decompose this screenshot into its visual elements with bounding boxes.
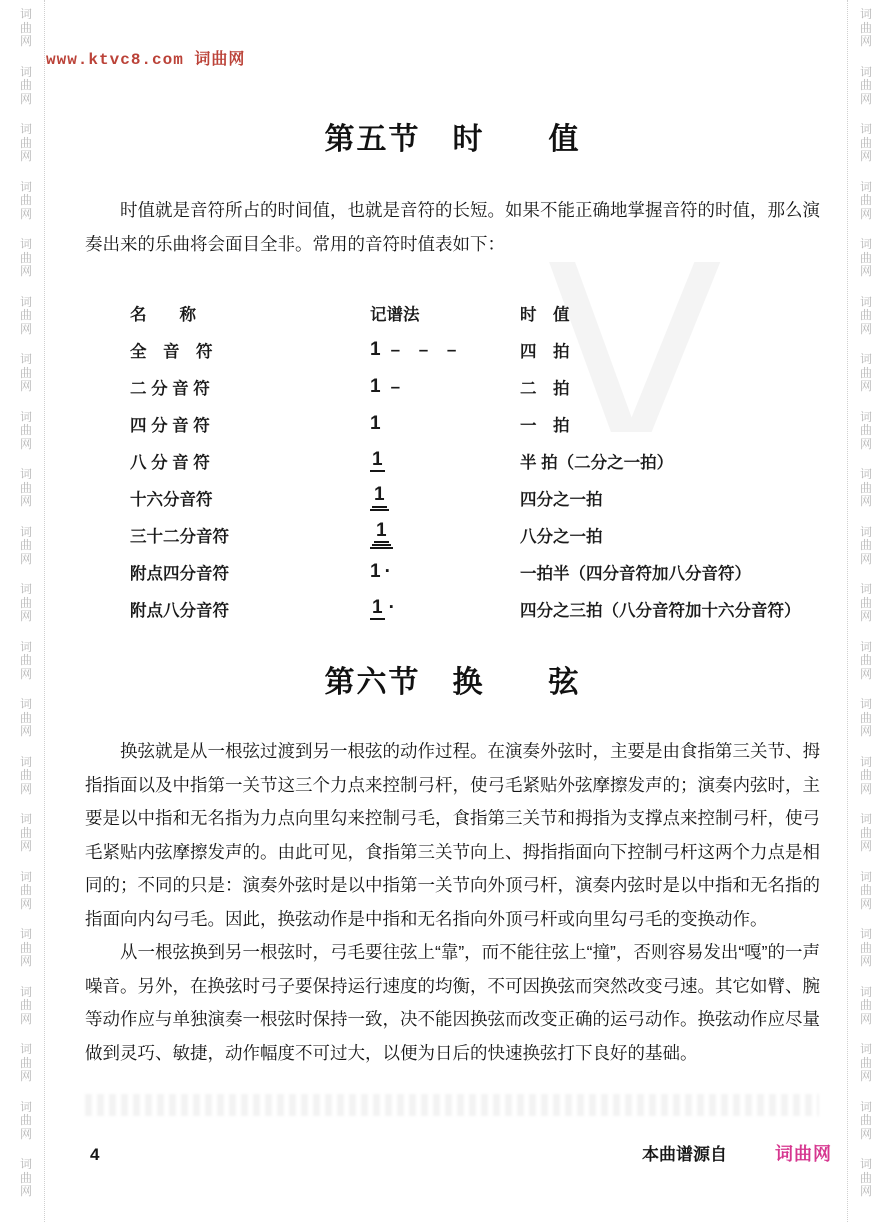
watermark-char: 曲 xyxy=(860,884,872,898)
watermark-group: 词曲网 xyxy=(20,181,32,222)
note-name: 二 分 音 符 xyxy=(130,375,370,399)
note-name: 四 分 音 符 xyxy=(130,412,370,436)
watermark-group: 词曲网 xyxy=(860,526,872,567)
watermark-char: 词 xyxy=(20,813,32,827)
watermark-char: 词 xyxy=(20,66,32,80)
watermark-char: 词 xyxy=(20,353,32,367)
left-dotted-divider xyxy=(44,0,45,1222)
watermark-char: 曲 xyxy=(860,424,872,438)
footer-credit: 本曲谱源自 词曲网 xyxy=(642,1140,832,1166)
section6-para1: 换弦就是从一根弦过渡到另一根弦的动作过程。在演奏外弦时，主要是由食指第三关节、拇… xyxy=(85,735,820,936)
duration-dashes: – – – xyxy=(391,340,464,359)
watermark-char: 曲 xyxy=(20,79,32,93)
watermark-group: 词曲网 xyxy=(860,583,872,624)
note-value: 一 拍 xyxy=(520,412,820,436)
watermark-char: 词 xyxy=(860,123,872,137)
note-notation: 1– xyxy=(370,376,520,398)
watermark-char: 曲 xyxy=(20,1172,32,1186)
left-watermark-strip: 词曲网词曲网词曲网词曲网词曲网词曲网词曲网词曲网词曲网词曲网词曲网词曲网词曲网词… xyxy=(14,8,38,1222)
watermark-char: 词 xyxy=(20,123,32,137)
watermark-group: 词曲网 xyxy=(20,411,32,452)
watermark-char: 曲 xyxy=(20,482,32,496)
watermark-group: 词曲网 xyxy=(860,871,872,912)
watermark-group: 词曲网 xyxy=(860,928,872,969)
watermark-group: 词曲网 xyxy=(20,468,32,509)
watermark-char: 曲 xyxy=(20,999,32,1013)
watermark-char: 词 xyxy=(20,181,32,195)
watermark-char: 网 xyxy=(860,1185,872,1199)
watermark-group: 词曲网 xyxy=(860,353,872,394)
watermark-char: 曲 xyxy=(20,942,32,956)
watermark-char: 词 xyxy=(20,468,32,482)
table-row: 八 分 音 符1半 拍（二分之一拍） xyxy=(85,442,820,479)
watermark-char: 词 xyxy=(860,756,872,770)
watermark-char: 词 xyxy=(860,411,872,425)
watermark-char: 曲 xyxy=(860,367,872,381)
note-value: 二 拍 xyxy=(520,375,820,399)
scanned-page: 词曲网词曲网词曲网词曲网词曲网词曲网词曲网词曲网词曲网词曲网词曲网词曲网词曲网词… xyxy=(0,0,894,1222)
watermark-char: 词 xyxy=(860,8,872,22)
note-notation: 1 xyxy=(370,413,520,435)
watermark-char: 网 xyxy=(860,380,872,394)
watermark-char: 词 xyxy=(860,583,872,597)
watermark-char: 曲 xyxy=(20,1114,32,1128)
watermark-char: 曲 xyxy=(20,252,32,266)
table-body: 全 音 符1– – –四 拍二 分 音 符1–二 拍四 分 音 符1一 拍八 分… xyxy=(85,331,820,627)
watermark-char: 词 xyxy=(860,986,872,1000)
watermark-group: 词曲网 xyxy=(20,1158,32,1199)
watermark-char: 网 xyxy=(20,783,32,797)
watermark-char: 曲 xyxy=(860,22,872,36)
augmentation-dot: · xyxy=(389,597,395,618)
watermark-char: 词 xyxy=(20,1101,32,1115)
watermark-char: 曲 xyxy=(860,137,872,151)
table-row: 二 分 音 符1–二 拍 xyxy=(85,368,820,405)
watermark-group: 词曲网 xyxy=(860,1101,872,1142)
note-notation: 1 xyxy=(370,520,520,549)
note-name: 十六分音符 xyxy=(130,486,370,510)
watermark-group: 词曲网 xyxy=(20,8,32,49)
watermark-char: 词 xyxy=(860,238,872,252)
section6-para2: 从一根弦换到另一根弦时，弓毛要往弦上“靠”，而不能往弦上“撞”，否则容易发出“嘎… xyxy=(85,936,820,1070)
watermark-group: 词曲网 xyxy=(860,986,872,1027)
table-row: 四 分 音 符1一 拍 xyxy=(85,405,820,442)
watermark-char: 网 xyxy=(860,438,872,452)
watermark-char: 网 xyxy=(20,150,32,164)
section5-intro: 时值就是音符所占的时间值，也就是音符的长短。如果不能正确地掌握音符的时值，那么演… xyxy=(85,194,820,261)
col-header-value: 时 值 xyxy=(520,301,820,325)
watermark-group: 词曲网 xyxy=(20,928,32,969)
watermark-char: 曲 xyxy=(20,22,32,36)
watermark-char: 曲 xyxy=(20,539,32,553)
watermark-char: 曲 xyxy=(20,769,32,783)
watermark-char: 曲 xyxy=(860,654,872,668)
watermark-char: 网 xyxy=(860,610,872,624)
note-notation: 1· xyxy=(370,561,520,583)
watermark-char: 网 xyxy=(20,668,32,682)
watermark-char: 网 xyxy=(20,93,32,107)
watermark-char: 网 xyxy=(860,955,872,969)
note-notation: 1· xyxy=(370,597,520,620)
watermark-group: 词曲网 xyxy=(860,756,872,797)
watermark-char: 曲 xyxy=(860,79,872,93)
watermark-char: 网 xyxy=(20,553,32,567)
note-value: 四分之三拍（八分音符加十六分音符） xyxy=(520,597,820,621)
watermark-group: 词曲网 xyxy=(20,66,32,107)
watermark-group: 词曲网 xyxy=(20,238,32,279)
watermark-char: 词 xyxy=(20,526,32,540)
note-value: 半 拍（二分之一拍） xyxy=(520,449,820,473)
watermark-group: 词曲网 xyxy=(20,296,32,337)
watermark-char: 曲 xyxy=(20,827,32,841)
watermark-char: 网 xyxy=(20,1070,32,1084)
footer-source-text: 本曲谱源自 xyxy=(642,1140,727,1165)
watermark-char: 曲 xyxy=(860,1057,872,1071)
watermark-char: 曲 xyxy=(860,539,872,553)
duration-dashes: – xyxy=(391,377,407,396)
watermark-char: 曲 xyxy=(860,252,872,266)
watermark-char: 网 xyxy=(20,35,32,49)
watermark-char: 词 xyxy=(860,871,872,885)
watermark-url: www.ktvc8.com 词曲网 xyxy=(46,46,245,69)
watermark-group: 词曲网 xyxy=(860,66,872,107)
watermark-group: 词曲网 xyxy=(860,641,872,682)
watermark-char: 网 xyxy=(20,1128,32,1142)
watermark-char: 曲 xyxy=(860,482,872,496)
watermark-char: 词 xyxy=(860,296,872,310)
note-name: 八 分 音 符 xyxy=(130,449,370,473)
watermark-char: 词 xyxy=(20,8,32,22)
watermark-char: 网 xyxy=(20,1185,32,1199)
watermark-char: 网 xyxy=(860,840,872,854)
watermark-char: 曲 xyxy=(860,999,872,1013)
footer-brand: 词曲网 xyxy=(775,1140,832,1166)
watermark-group: 词曲网 xyxy=(20,986,32,1027)
section5-title: 第五节 时 值 xyxy=(85,114,820,158)
watermark-group: 词曲网 xyxy=(20,871,32,912)
watermark-char: 曲 xyxy=(860,827,872,841)
watermark-char: 曲 xyxy=(860,769,872,783)
watermark-char: 网 xyxy=(20,898,32,912)
watermark-char: 网 xyxy=(860,35,872,49)
note-value: 一拍半（四分音符加八分音符） xyxy=(520,560,820,584)
watermark-char: 词 xyxy=(20,1158,32,1172)
watermark-char: 曲 xyxy=(860,309,872,323)
watermark-char: 词 xyxy=(860,928,872,942)
watermark-char: 网 xyxy=(20,725,32,739)
watermark-group: 词曲网 xyxy=(860,468,872,509)
watermark-group: 词曲网 xyxy=(860,296,872,337)
watermark-char: 词 xyxy=(860,66,872,80)
watermark-char: 网 xyxy=(860,495,872,509)
watermark-char: 网 xyxy=(860,1070,872,1084)
watermark-char: 网 xyxy=(860,1013,872,1027)
watermark-char: 曲 xyxy=(20,654,32,668)
watermark-char: 曲 xyxy=(20,1057,32,1071)
watermark-group: 词曲网 xyxy=(20,583,32,624)
note-value: 八分之一拍 xyxy=(520,523,820,547)
watermark-group: 词曲网 xyxy=(860,123,872,164)
watermark-char: 网 xyxy=(20,438,32,452)
watermark-char: 网 xyxy=(860,323,872,337)
watermark-char: 词 xyxy=(860,526,872,540)
watermark-group: 词曲网 xyxy=(20,698,32,739)
watermark-group: 词曲网 xyxy=(860,411,872,452)
watermark-char: 网 xyxy=(20,955,32,969)
watermark-char: 词 xyxy=(860,813,872,827)
watermark-group: 词曲网 xyxy=(20,123,32,164)
watermark-char: 词 xyxy=(20,411,32,425)
watermark-char: 词 xyxy=(20,1043,32,1057)
watermark-char: 词 xyxy=(20,238,32,252)
page-number: 4 xyxy=(90,1145,99,1165)
table-row: 三十二分音符1八分之一拍 xyxy=(85,516,820,553)
note-value: 四分之一拍 xyxy=(520,486,820,510)
watermark-char: 曲 xyxy=(860,194,872,208)
watermark-char: 词 xyxy=(20,871,32,885)
watermark-char: 词 xyxy=(860,353,872,367)
watermark-group: 词曲网 xyxy=(20,813,32,854)
watermark-char: 曲 xyxy=(20,309,32,323)
watermark-char: 曲 xyxy=(20,424,32,438)
watermark-char: 曲 xyxy=(860,1114,872,1128)
watermark-char: 词 xyxy=(20,296,32,310)
watermark-char: 词 xyxy=(20,583,32,597)
watermark-char: 网 xyxy=(860,668,872,682)
watermark-char: 词 xyxy=(860,1101,872,1115)
watermark-group: 词曲网 xyxy=(860,181,872,222)
page-content: 第五节 时 值 时值就是音符所占的时间值，也就是音符的长短。如果不能正确地掌握音… xyxy=(85,114,820,1070)
watermark-char: 词 xyxy=(20,641,32,655)
watermark-char: 网 xyxy=(20,1013,32,1027)
table-row: 附点八分音符1·四分之三拍（八分音符加十六分音符） xyxy=(85,590,820,627)
watermark-char: 网 xyxy=(20,840,32,854)
watermark-group: 词曲网 xyxy=(20,1043,32,1084)
table-header-row: 名 称 记谱法 时 值 xyxy=(85,295,820,331)
watermark-char: 网 xyxy=(860,898,872,912)
table-row: 附点四分音符1·一拍半（四分音符加八分音符） xyxy=(85,553,820,590)
watermark-char: 网 xyxy=(20,610,32,624)
watermark-char: 词 xyxy=(860,698,872,712)
watermark-char: 曲 xyxy=(20,194,32,208)
watermark-char: 网 xyxy=(860,1128,872,1142)
watermark-group: 词曲网 xyxy=(860,813,872,854)
watermark-char: 曲 xyxy=(860,1172,872,1186)
watermark-group: 词曲网 xyxy=(20,641,32,682)
watermark-char: 网 xyxy=(860,93,872,107)
show-through-text xyxy=(85,1094,819,1116)
watermark-char: 网 xyxy=(20,380,32,394)
watermark-char: 曲 xyxy=(20,137,32,151)
right-dotted-divider xyxy=(847,0,848,1222)
page-footer: 4 本曲谱源自 词曲网 xyxy=(90,1140,832,1166)
watermark-group: 词曲网 xyxy=(20,1101,32,1142)
table-row: 十六分音符1四分之一拍 xyxy=(85,479,820,516)
watermark-group: 词曲网 xyxy=(860,698,872,739)
watermark-group: 词曲网 xyxy=(860,238,872,279)
note-name: 全 音 符 xyxy=(130,338,370,362)
watermark-char: 词 xyxy=(860,1158,872,1172)
watermark-char: 网 xyxy=(860,150,872,164)
col-header-name: 名 称 xyxy=(130,301,370,325)
watermark-char: 词 xyxy=(860,641,872,655)
watermark-char: 网 xyxy=(860,265,872,279)
watermark-group: 词曲网 xyxy=(860,8,872,49)
watermark-group: 词曲网 xyxy=(20,756,32,797)
note-notation: 1 xyxy=(370,449,520,472)
watermark-char: 曲 xyxy=(20,712,32,726)
watermark-char: 词 xyxy=(20,986,32,1000)
watermark-char: 曲 xyxy=(860,712,872,726)
watermark-char: 网 xyxy=(860,725,872,739)
note-notation: 1 xyxy=(370,484,520,510)
watermark-char: 网 xyxy=(860,783,872,797)
watermark-char: 网 xyxy=(20,208,32,222)
note-name: 三十二分音符 xyxy=(130,523,370,547)
watermark-char: 曲 xyxy=(20,367,32,381)
watermark-char: 曲 xyxy=(20,884,32,898)
note-name: 附点八分音符 xyxy=(130,597,370,621)
note-name: 附点四分音符 xyxy=(130,560,370,584)
watermark-group: 词曲网 xyxy=(20,526,32,567)
watermark-char: 网 xyxy=(860,208,872,222)
section6-title: 第六节 换 弦 xyxy=(85,657,820,701)
watermark-char: 网 xyxy=(20,495,32,509)
note-value-table: 名 称 记谱法 时 值 全 音 符1– – –四 拍二 分 音 符1–二 拍四 … xyxy=(85,295,820,627)
note-notation: 1– – – xyxy=(370,339,520,361)
watermark-char: 曲 xyxy=(860,942,872,956)
right-watermark-strip: 词曲网词曲网词曲网词曲网词曲网词曲网词曲网词曲网词曲网词曲网词曲网词曲网词曲网词… xyxy=(854,8,878,1222)
note-value: 四 拍 xyxy=(520,338,820,362)
watermark-char: 词 xyxy=(860,181,872,195)
watermark-char: 网 xyxy=(860,553,872,567)
watermark-char: 曲 xyxy=(860,597,872,611)
watermark-group: 词曲网 xyxy=(20,353,32,394)
watermark-char: 网 xyxy=(20,265,32,279)
watermark-char: 词 xyxy=(860,468,872,482)
col-header-notation: 记谱法 xyxy=(370,301,520,325)
watermark-char: 词 xyxy=(20,756,32,770)
watermark-char: 网 xyxy=(20,323,32,337)
watermark-char: 曲 xyxy=(20,597,32,611)
table-row: 全 音 符1– – –四 拍 xyxy=(85,331,820,368)
watermark-char: 词 xyxy=(20,698,32,712)
augmentation-dot: · xyxy=(385,561,391,582)
watermark-char: 词 xyxy=(20,928,32,942)
watermark-char: 词 xyxy=(860,1043,872,1057)
watermark-group: 词曲网 xyxy=(860,1158,872,1199)
watermark-group: 词曲网 xyxy=(860,1043,872,1084)
